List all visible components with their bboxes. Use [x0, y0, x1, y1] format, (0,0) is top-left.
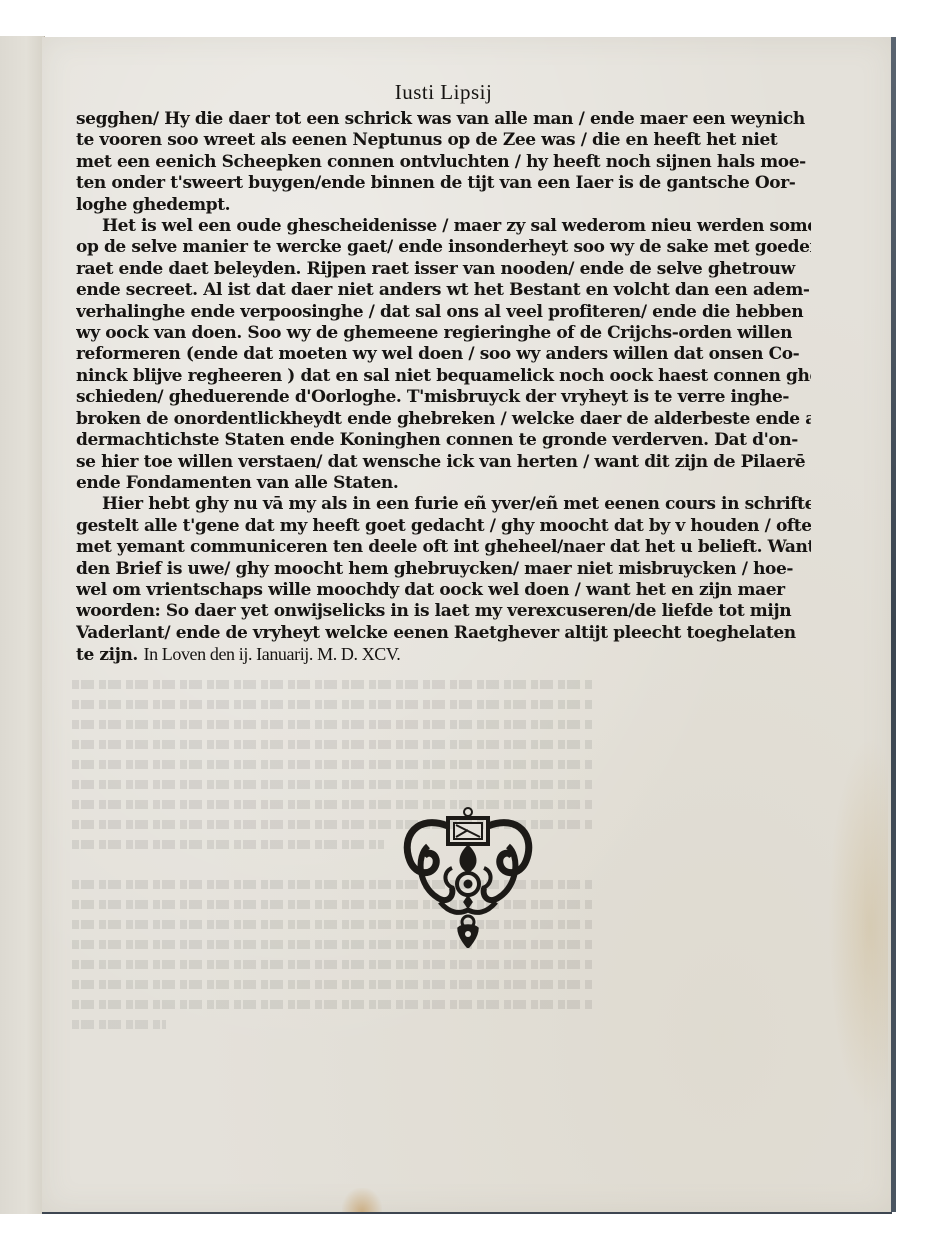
closing-text: te zijn. [76, 645, 138, 665]
text-line: broken de onordentlickheydt ende ghebrek… [76, 409, 811, 430]
paragraph-2: Het is wel een oude ghescheidenisse / ma… [76, 216, 811, 494]
adjacent-leaf-edge [0, 36, 45, 1214]
paragraph-1: segghen/ Hy die daer tot een schrick was… [76, 109, 811, 216]
text-line: reformeren (ende dat moeten wy wel doen … [76, 344, 811, 365]
text-line: Hier hebt ghy nu vā my als in een furie … [76, 494, 811, 515]
page-edge-shadow [891, 37, 896, 1212]
text-line: te vooren soo wreet als eenen Neptunus o… [76, 130, 811, 151]
text-line: segghen/ Hy die daer tot een schrick was… [76, 109, 811, 130]
text-line: op de selve manier te wercke gaet/ ende … [76, 237, 811, 258]
text-line: raet ende daet beleyden. Rijpen raet iss… [76, 259, 811, 280]
text-line: loghe ghedempt. [76, 195, 811, 216]
text-line: schieden/ gheduerende d'Oorloghe. T'misb… [76, 387, 811, 408]
text-line: wy oock van doen. Soo wy de ghemeene reg… [76, 323, 811, 344]
foxing-stain [342, 1188, 382, 1212]
closing-line: te zijn. In Loven den ij. Ianuarij. M. D… [76, 644, 811, 666]
text-line: verhalinghe ende verpoosinghe / dat sal … [76, 302, 811, 323]
paragraph-3: Hier hebt ghy nu vā my als in een furie … [76, 494, 811, 666]
text-line: wel om vrientschaps wille moochdy dat oo… [76, 580, 811, 601]
colophon-date: In Loven den ij. Ianuarij. M. D. XCV. [143, 644, 400, 664]
running-head: Iusti Lipsij [76, 80, 811, 105]
text-line: met yemant communiceren ten deele oft in… [76, 537, 811, 558]
text-line: den Brief is uwe/ ghy moocht hem ghebruy… [76, 559, 811, 580]
text-line: Het is wel een oude ghescheidenisse / ma… [76, 216, 811, 237]
text-line: dermachtichste Staten ende Koninghen con… [76, 430, 811, 451]
fleuron-ornament-icon [398, 806, 538, 948]
text-line: met een eenich Scheepken connen ontvluch… [76, 152, 811, 173]
text-line: ten onder t'sweert buygen/ende binnen de… [76, 173, 811, 194]
text-line: se hier toe willen verstaen/ dat wensche… [76, 452, 811, 473]
text-line: gestelt alle t'gene dat my heeft goet ge… [76, 516, 811, 537]
text-line: ninck blijve regheeren ) dat en sal niet… [76, 366, 811, 387]
water-stain [828, 737, 888, 1117]
text-line: ende secreet. Al ist dat daer niet ander… [76, 280, 811, 301]
text-line: woorden: So daer yet onwijselicks in is … [76, 601, 811, 622]
text-line: ende Fondamenten van alle Staten. [76, 473, 811, 494]
text-line: Vaderlant/ ende de vryheyt welcke eenen … [76, 623, 811, 644]
text-block: Iusti Lipsij segghen/ Hy die daer tot ee… [76, 72, 811, 667]
